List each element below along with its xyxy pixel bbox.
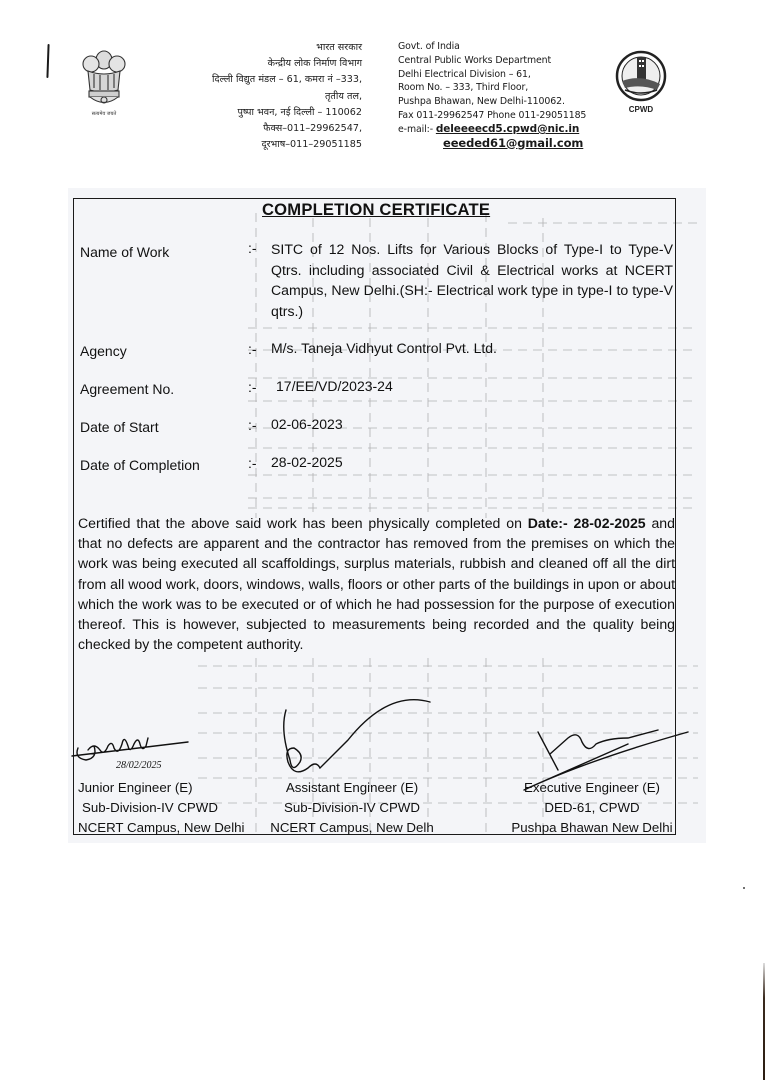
field-value-date-of-start: 02-06-2023 (271, 416, 343, 432)
field-label-name-of-work: Name of Work (80, 244, 169, 260)
address-line: Fax 011-29962547 Phone 011-29051185 (398, 109, 608, 123)
english-address-block: Govt. of India Central Public Works Depa… (398, 40, 608, 150)
signatory-junior-engineer: Junior Engineer (E) Sub-Division-IV CPWD… (78, 778, 245, 838)
email-label: e-mail:- (398, 124, 436, 135)
address-line: Central Public Works Department (398, 54, 608, 68)
national-emblem-icon: सत्यमेव जयते (80, 44, 128, 120)
statement-text: Certified that the above said work has b… (78, 515, 528, 531)
email-primary-link[interactable]: deleeeecd5.cpwd@nic.in (436, 123, 579, 135)
certification-statement: Certified that the above said work has b… (78, 513, 675, 654)
certificate-title: COMPLETION CERTIFICATE (262, 200, 490, 220)
scan-edge-mark (763, 963, 765, 1080)
hindi-line: दिल्ली विद्युत मंडल – 61, कमरा नं –333, (150, 72, 362, 88)
hindi-line: भारत सरकार (150, 40, 362, 56)
field-value-name-of-work: SITC of 12 Nos. Lifts for Various Blocks… (271, 239, 673, 321)
email-line: e-mail:- deleeeecd5.cpwd@nic.in (398, 123, 608, 137)
statement-text: and that no defects are apparent and the… (78, 515, 675, 652)
signatory-title: Junior Engineer (E) (78, 778, 245, 798)
field-separator: :- (248, 341, 257, 357)
hindi-line: पुष्पा भवन, नई दिल्ली – 110062 (150, 105, 362, 121)
signatory-title: Executive Engineer (E) (500, 778, 684, 798)
address-line: Govt. of India (398, 40, 608, 54)
address-line: Delhi Electrical Division – 61, (398, 68, 608, 82)
field-label-date-of-start: Date of Start (80, 419, 159, 435)
scan-edge-mark (46, 44, 49, 78)
field-label-agreement-no: Agreement No. (80, 381, 174, 397)
field-separator: :- (248, 240, 257, 256)
cpwd-logo-icon: CPWD (613, 48, 669, 118)
email-secondary-link[interactable]: eeeded61@gmail.com (398, 137, 608, 151)
field-value-date-of-completion: 28-02-2025 (271, 454, 343, 470)
field-separator: :- (248, 455, 257, 471)
field-separator: :- (248, 417, 257, 433)
field-label-agency: Agency (80, 343, 127, 359)
hindi-address-block: भारत सरकार केन्द्रीय लोक निर्माण विभाग द… (150, 40, 362, 153)
address-line: Room No. – 333, Third Floor, (398, 81, 608, 95)
signatory-office: Sub-Division-IV CPWD (78, 798, 245, 818)
signatory-location: Pushpa Bhawan New Delhi (500, 818, 684, 838)
field-separator: :- (248, 379, 257, 395)
scan-speck (743, 887, 745, 889)
signatory-location: NCERT Campus, New Delhi (78, 818, 245, 838)
svg-text:CPWD: CPWD (629, 105, 654, 114)
hindi-line: केन्द्रीय लोक निर्माण विभाग (150, 56, 362, 72)
svg-text:सत्यमेव जयते: सत्यमेव जयते (92, 110, 117, 117)
field-value-agency: M/s. Taneja Vidhyut Control Pvt. Ltd. (271, 340, 497, 356)
signatory-executive-engineer: Executive Engineer (E) DED-61, CPWD Push… (500, 778, 684, 838)
signatory-location: NCERT Campus, New Delh (262, 818, 442, 838)
field-value-agreement-no: 17/EE/VD/2023-24 (276, 378, 393, 394)
hindi-line: तृतीय तल, (150, 89, 362, 105)
field-label-date-of-completion: Date of Completion (80, 457, 200, 473)
address-line: Pushpa Bhawan, New Delhi-110062. (398, 95, 608, 109)
hindi-line: फैक्स–011–29962547, (150, 121, 362, 137)
statement-date: Date:- 28-02-2025 (528, 515, 646, 531)
signatory-office: DED-61, CPWD (500, 798, 684, 818)
signatory-assistant-engineer: Assistant Engineer (E) Sub-Division-IV C… (262, 778, 442, 838)
signatory-office: Sub-Division-IV CPWD (262, 798, 442, 818)
signatory-title: Assistant Engineer (E) (262, 778, 442, 798)
hindi-line: दूरभाष–011–29051185 (150, 137, 362, 153)
